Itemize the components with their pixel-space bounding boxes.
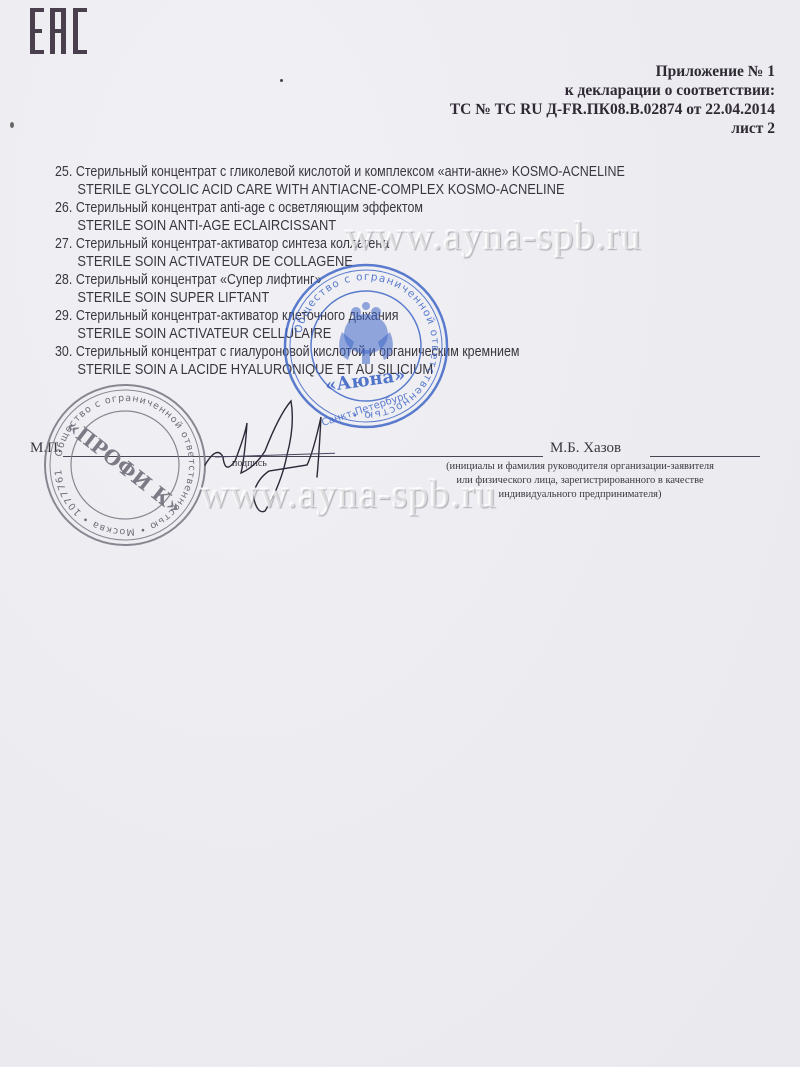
scan-speck	[10, 122, 14, 128]
appendix-header: Приложение № 1 к декларации о соответств…	[450, 62, 775, 138]
watermark: www.ayna-spb.ru	[345, 212, 642, 259]
signature-line	[650, 456, 760, 457]
item-number: 27.	[55, 236, 72, 252]
company-stamp-profi-k: Общество с ограниченной ответственностью…	[42, 382, 208, 548]
svg-text:«ПРОФИ К»: «ПРОФИ К»	[61, 414, 186, 519]
scan-speck	[280, 79, 283, 82]
sheet-number: лист 2	[450, 119, 775, 138]
document-page: Приложение № 1 к декларации о соответств…	[0, 0, 800, 1067]
item-number: 28.	[55, 272, 72, 288]
item-number: 29.	[55, 308, 72, 324]
eac-mark-icon	[30, 8, 90, 54]
appendix-title: Приложение № 1	[450, 62, 775, 81]
list-item: 25. Стерильный концентрат с гликолевой к…	[55, 163, 775, 199]
item-name-en: STERILE GLYCOLIC ACID CARE WITH ANTIACNE…	[55, 181, 674, 199]
item-name-ru: Стерильный концентрат с гликолевой кисло…	[76, 164, 625, 180]
declaration-number: ТС № ТС RU Д-FR.ПК08.В.02874 от 22.04.20…	[450, 100, 775, 119]
svg-text:«Аюна»: «Аюна»	[324, 365, 407, 397]
watermark: www.ayna-spb.ru	[200, 470, 497, 517]
item-number: 26.	[55, 200, 72, 216]
item-name-ru: Стерильный концентрат-активатор синтеза …	[76, 236, 389, 252]
item-number: 30.	[55, 344, 72, 360]
appendix-subtitle: к декларации о соответствии:	[450, 81, 775, 100]
signatory-name: М.Б. Хазов	[550, 440, 621, 457]
item-number: 25.	[55, 164, 72, 180]
